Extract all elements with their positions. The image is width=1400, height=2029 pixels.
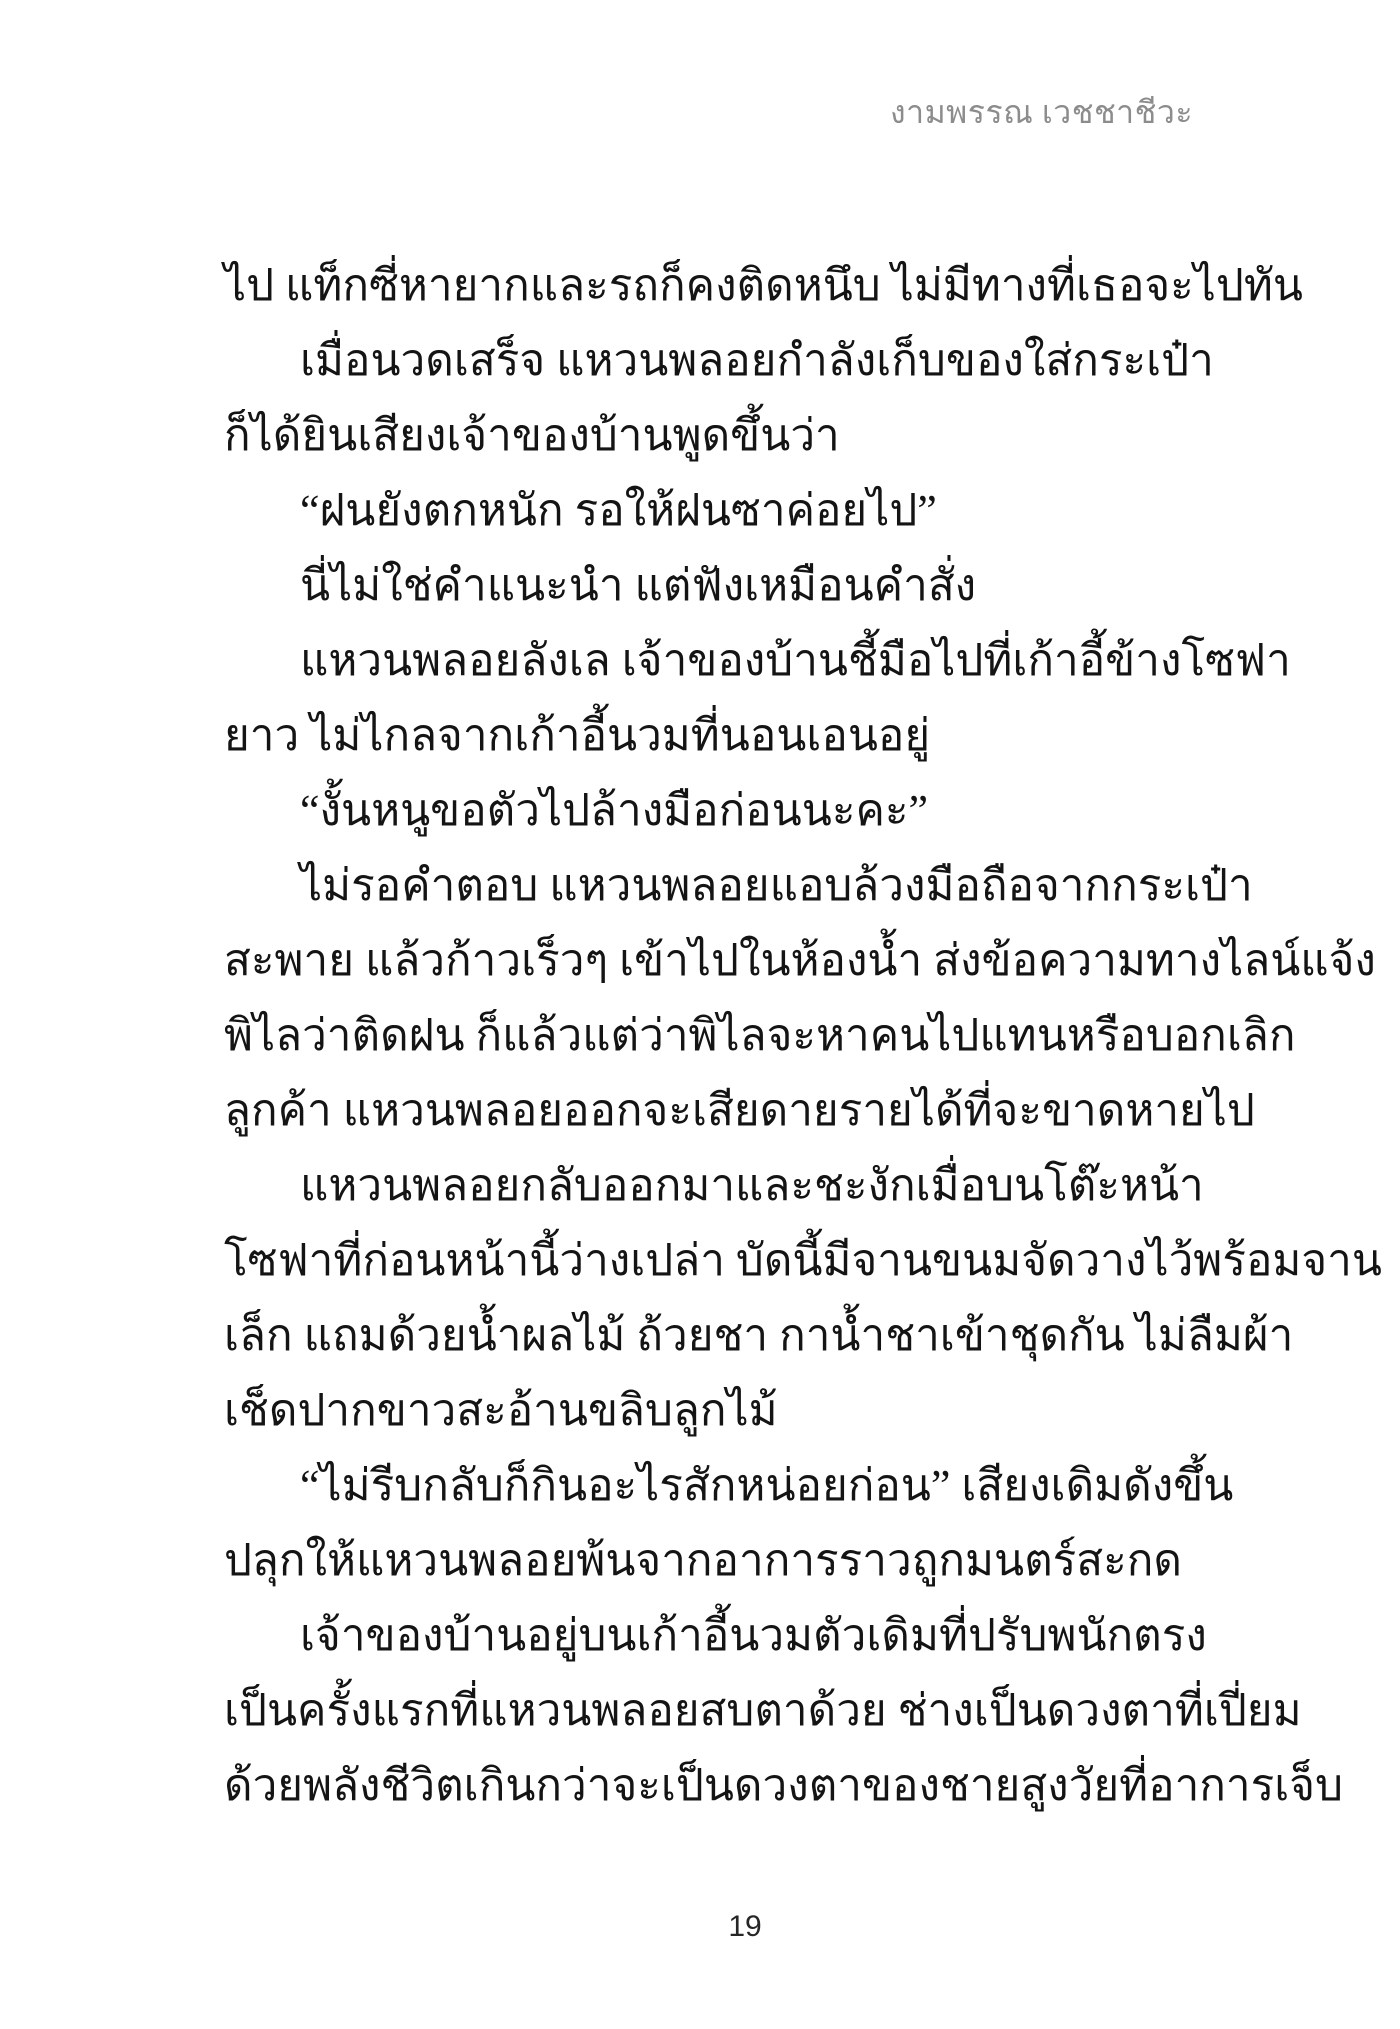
text-line: เจ้าของบ้านอยู่บนเก้าอี้นวมตัวเดิมที่ปรั… <box>224 1598 1216 1673</box>
text-line: เล็ก แถมด้วยน้ำผลไม้ ถ้วยชา กาน้ำชาเข้าช… <box>224 1298 1216 1373</box>
text-line: โซฟาที่ก่อนหน้านี้ว่างเปล่า บัดนี้มีจานข… <box>224 1223 1216 1298</box>
text-line: “ฝนยังตกหนัก รอให้ฝนซาค่อยไป” <box>224 473 1216 548</box>
text-line: “งั้นหนูขอตัวไปล้างมือก่อนนะคะ” <box>224 773 1216 848</box>
text-line: สะพาย แล้วก้าวเร็วๆ เข้าไปในห้องน้ำ ส่งข… <box>224 923 1216 998</box>
page-number: 19 <box>0 1908 1400 1946</box>
text-line: ยาว ไม่ไกลจากเก้าอี้นวมที่นอนเอนอยู่ <box>224 698 1216 773</box>
text-line: ก็ได้ยินเสียงเจ้าของบ้านพูดขึ้นว่า <box>224 398 1216 473</box>
body-text: ไป แท็กซี่หายากและรถก็คงติดหนึบ ไม่มีทาง… <box>224 248 1216 1823</box>
text-line: นี่ไม่ใช่คำแนะนำ แต่ฟังเหมือนคำสั่ง <box>224 548 1216 623</box>
text-line: ไม่รอคำตอบ แหวนพลอยแอบล้วงมือถือจากกระเป… <box>224 848 1216 923</box>
text-line: เช็ดปากขาวสะอ้านขลิบลูกไม้ <box>224 1373 1216 1448</box>
text-line: แหวนพลอยลังเล เจ้าของบ้านชี้มือไปที่เก้า… <box>224 623 1216 698</box>
text-line: ปลุกให้แหวนพลอยพ้นจากอาการราวถูกมนตร์สะก… <box>224 1523 1216 1598</box>
text-line: แหวนพลอยกลับออกมาและชะงักเมื่อบนโต๊ะหน้า <box>224 1148 1216 1223</box>
text-line: ไป แท็กซี่หายากและรถก็คงติดหนึบ ไม่มีทาง… <box>224 248 1216 323</box>
text-line: พิไลว่าติดฝน ก็แล้วแต่ว่าพิไลจะหาคนไปแทน… <box>224 998 1216 1073</box>
text-line: เมื่อนวดเสร็จ แหวนพลอยกำลังเก็บของใส่กระ… <box>224 323 1216 398</box>
running-header-author: งามพรรณ เวชชาชีวะ <box>224 92 1193 132</box>
book-page: งามพรรณ เวชชาชีวะ ไป แท็กซี่หายากและรถก็… <box>0 0 1400 2029</box>
text-line: “ไม่รีบกลับก็กินอะไรสักหน่อยก่อน” เสียงเ… <box>224 1448 1216 1523</box>
text-line: เป็นครั้งแรกที่แหวนพลอยสบตาด้วย ช่างเป็น… <box>224 1673 1216 1748</box>
text-line: ด้วยพลังชีวิตเกินกว่าจะเป็นดวงตาของชายสู… <box>224 1748 1216 1823</box>
text-line: ลูกค้า แหวนพลอยออกจะเสียดายรายได้ที่จะขา… <box>224 1073 1216 1148</box>
